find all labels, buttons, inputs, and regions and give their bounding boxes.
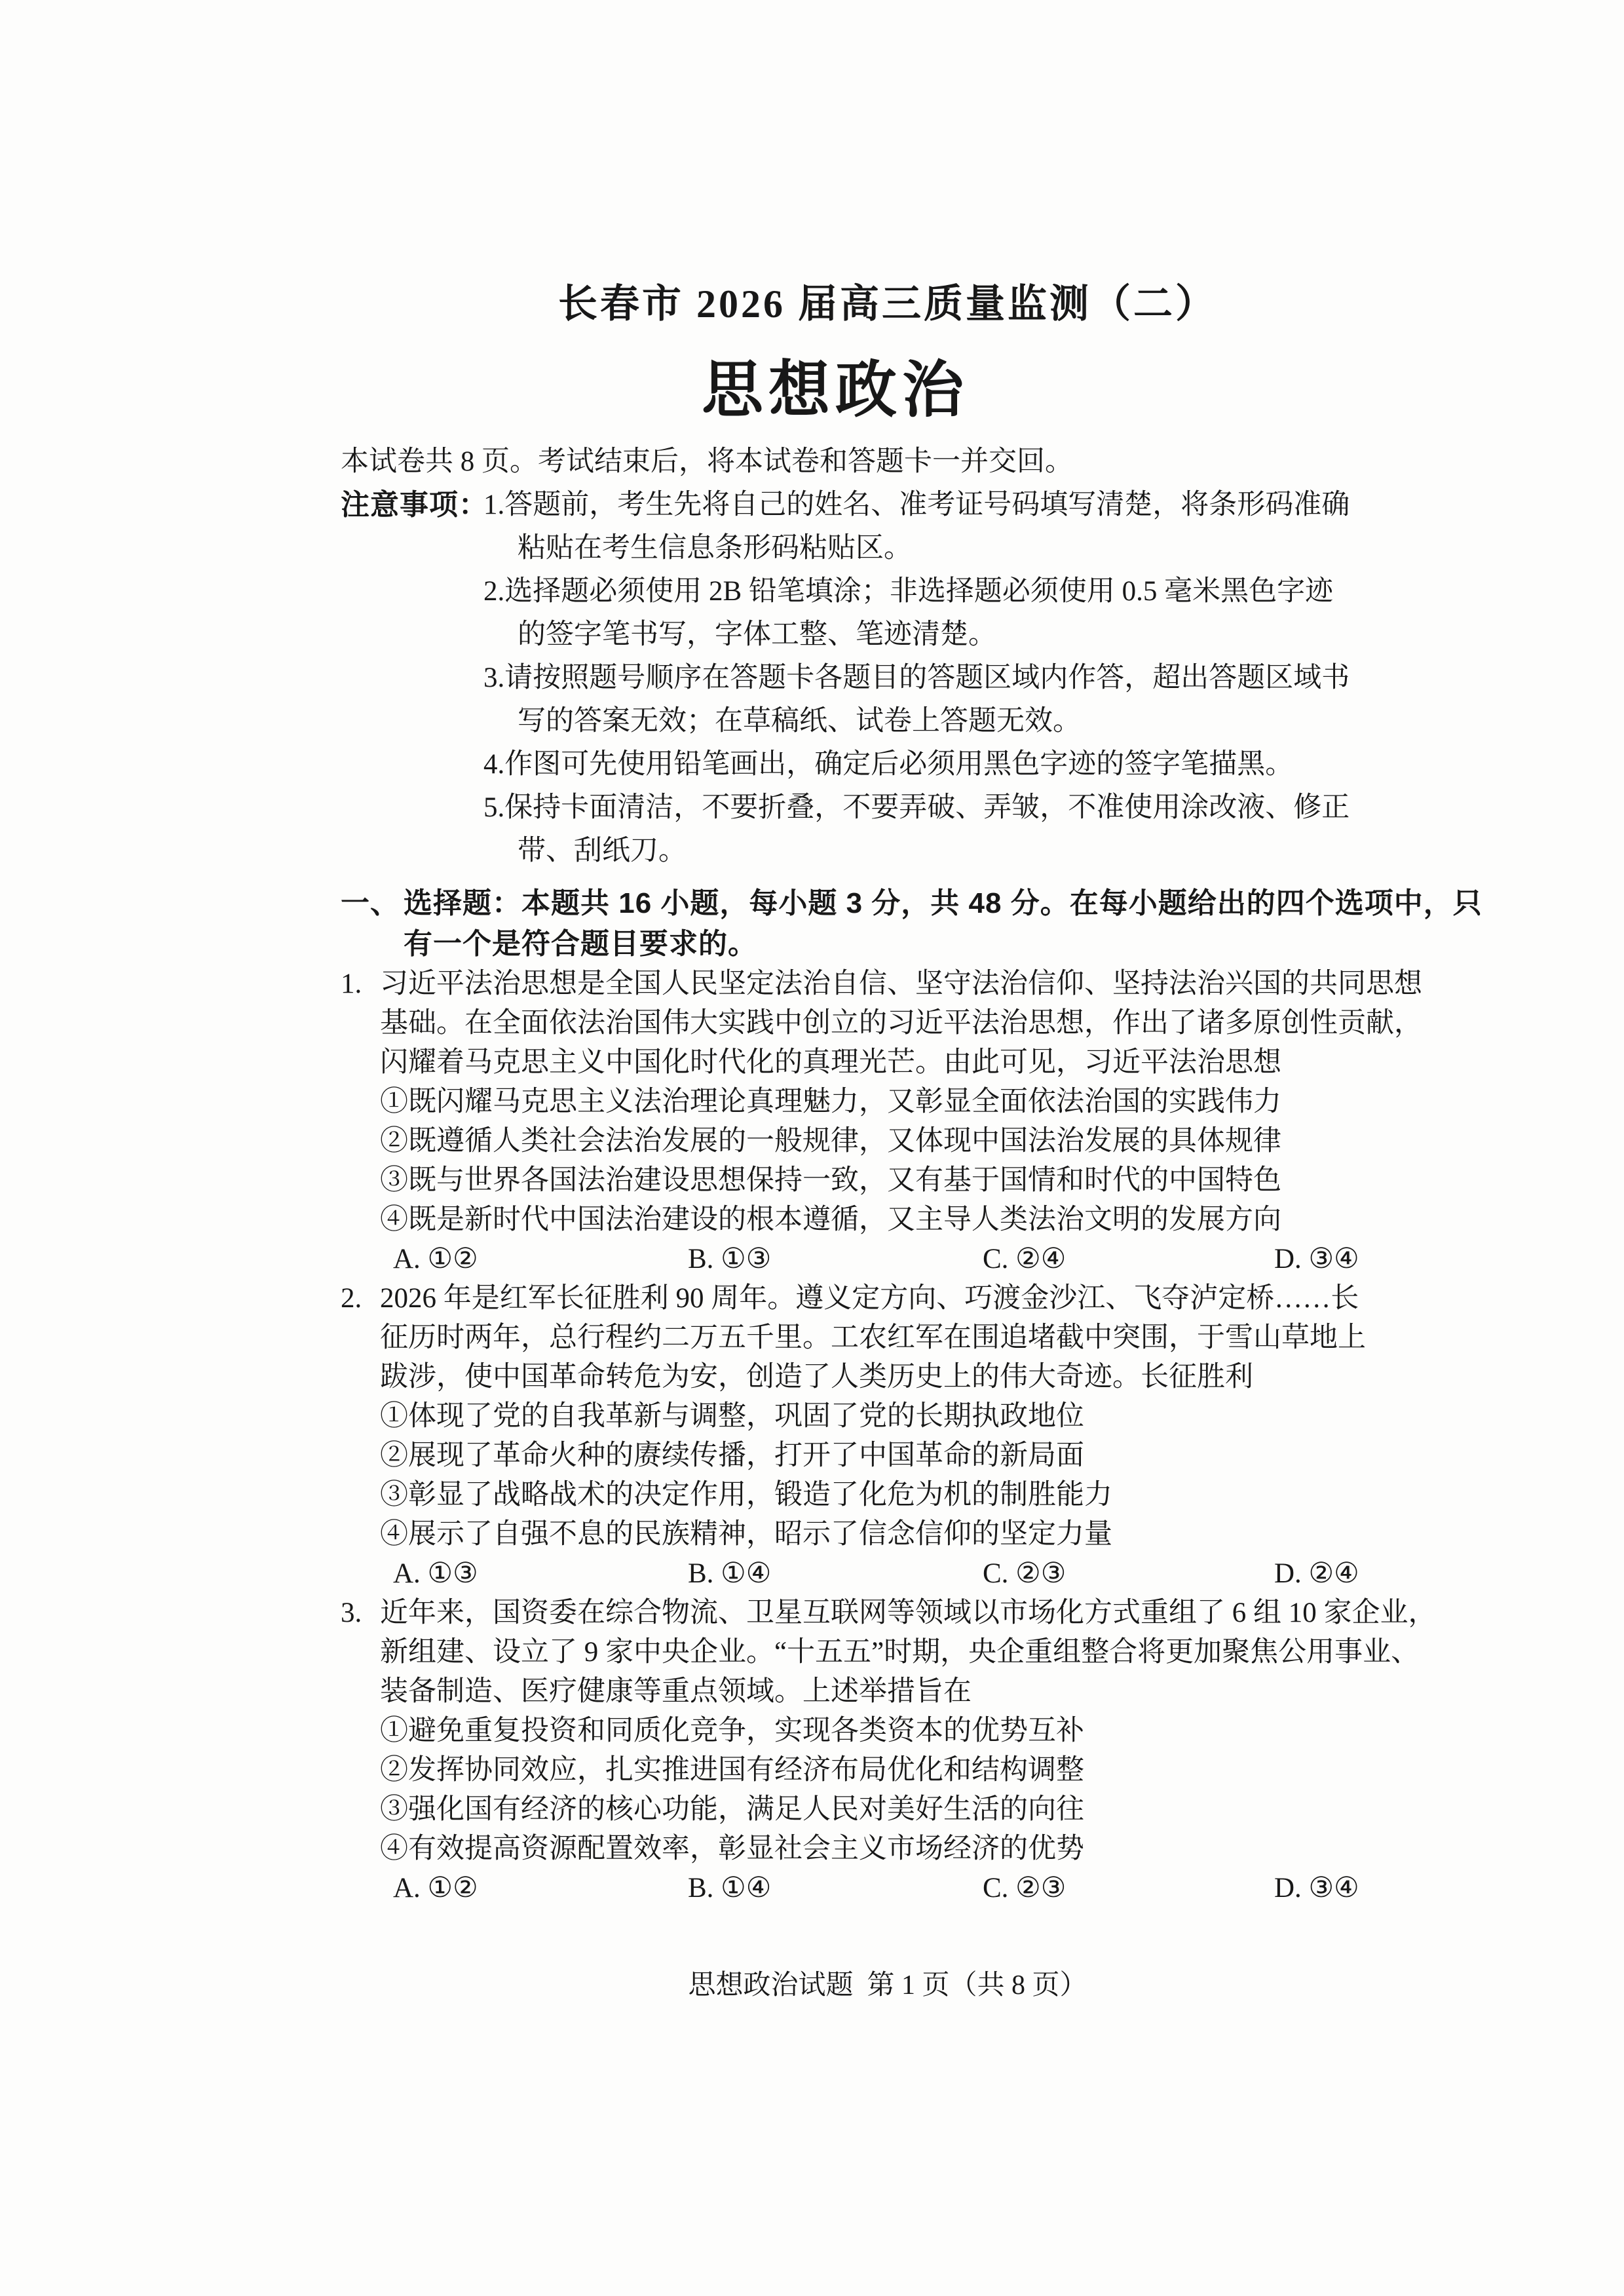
answer-option: D. ③④ xyxy=(1274,1869,1359,1908)
notice-line: 粘贴在考生信息条形码粘贴区。 xyxy=(483,527,1435,570)
question-stem-line: 跋涉，使中国革命转危为安，创造了人类历史上的伟大奇迹。长征胜利 xyxy=(380,1358,1435,1397)
section-heading-line: 有一个是符合题目要求的。 xyxy=(404,924,1435,965)
notice-line: 5.保持卡面清洁，不要折叠，不要弄破、弄皱，不准使用涂改液、修正 xyxy=(483,786,1435,830)
question-stem-line: 征历时两年，总行程约二万五千里。工农红军在围追堵截中突围，于雪山草地上 xyxy=(380,1318,1435,1358)
question: 2.2026 年是红军长征胜利 90 周年。遵义定方向、巧渡金沙江、飞夺泸定桥…… xyxy=(341,1279,1435,1594)
page-footer: 思想政治试题 第 1 页（共 8 页） xyxy=(341,1966,1435,2005)
notice-line: 写的答案无效；在草稿纸、试卷上答题无效。 xyxy=(483,700,1435,743)
answer-option: B. ①③ xyxy=(688,1240,771,1279)
answer-option: B. ①④ xyxy=(688,1554,771,1594)
question: 1.习近平法治思想是全国人民坚定法治自信、坚守法治信仰、坚持法治兴国的共同思想基… xyxy=(341,965,1435,1279)
notice-item: 4.作图可先使用铅笔画出，确定后必须用黑色字迹的签字笔描黑。 xyxy=(483,743,1435,786)
answer-option: A. ①② xyxy=(393,1869,478,1908)
question-stem-line: ②展现了革命火种的赓续传播，打开了中国革命的新局面 xyxy=(380,1436,1435,1476)
question-stem-line: 装备制造、医疗健康等重点领域。上述举措旨在 xyxy=(380,1672,1435,1712)
question-stem-line: 近年来，国资委在综合物流、卫星互联网等领域以市场化方式重组了 6 组 10 家企… xyxy=(380,1594,1435,1633)
question-number: 3. xyxy=(341,1594,362,1633)
question-number: 2. xyxy=(341,1279,362,1318)
section-one-lines: 选择题：本题共 16 小题，每小题 3 分，共 48 分。在每小题给出的四个选项… xyxy=(404,883,1435,965)
question-stem-line: ④展示了自强不息的民族精神，昭示了信念信仰的坚定力量 xyxy=(380,1515,1435,1554)
question-stem-line: ①避免重复投资和同质化竞争，实现各类资本的优势互补 xyxy=(380,1712,1435,1751)
section-heading-line: 选择题：本题共 16 小题，每小题 3 分，共 48 分。在每小题给出的四个选项… xyxy=(404,883,1435,924)
answer-options-row: A. ①③B. ①④C. ②③D. ②④ xyxy=(380,1554,1435,1594)
question-stem-line: ②发挥协同效应，扎实推进国有经济布局优化和结构调整 xyxy=(380,1751,1435,1790)
question-stem-line: ③彰显了战略战术的决定作用，锻造了化危为机的制胜能力 xyxy=(380,1476,1435,1515)
answer-option: C. ②③ xyxy=(983,1554,1066,1594)
notice-line: 4.作图可先使用铅笔画出，确定后必须用黑色字迹的签字笔描黑。 xyxy=(483,743,1435,786)
question: 3.近年来，国资委在综合物流、卫星互联网等领域以市场化方式重组了 6 组 10 … xyxy=(341,1594,1435,1908)
notice-line: 的签字笔书写，字体工整、笔迹清楚。 xyxy=(483,613,1435,657)
notice-item: 3.请按照题号顺序在答题卡各题目的答题区域内作答，超出答题区域书写的答案无效；在… xyxy=(483,657,1435,743)
answer-option: A. ①③ xyxy=(393,1554,478,1594)
question-stem-line: ③强化国有经济的核心功能，满足人民对美好生活的向往 xyxy=(380,1790,1435,1829)
answer-option: D. ③④ xyxy=(1274,1240,1359,1279)
notice-item: 1.答题前，考生先将自己的姓名、准考证号码填写清楚，将条形码准确粘贴在考生信息条… xyxy=(483,484,1435,570)
notice-line: 1.答题前，考生先将自己的姓名、准考证号码填写清楚，将条形码准确 xyxy=(483,484,1435,527)
answer-options-row: A. ①②B. ①④C. ②③D. ③④ xyxy=(380,1869,1435,1908)
question-stem-line: 基础。在全面依法治国伟大实践中创立的习近平法治思想，作出了诸多原创性贡献， xyxy=(380,1004,1435,1043)
exam-title: 长春市 2026 届高三质量监测（二） xyxy=(341,282,1435,326)
answer-options-row: A. ①②B. ①③C. ②④D. ③④ xyxy=(380,1240,1435,1279)
question-stem-line: ③既与世界各国法治建设思想保持一致，又有基于国情和时代的中国特色 xyxy=(380,1161,1435,1200)
section-one-heading: 一、 选择题：本题共 16 小题，每小题 3 分，共 48 分。在每小题给出的四… xyxy=(341,883,1435,965)
question-stem-line: ①既闪耀马克思主义法治理论真理魅力，又彰显全面依法治国的实践伟力 xyxy=(380,1082,1435,1122)
question-number: 1. xyxy=(341,965,362,1004)
notice-section: 注意事项： 1.答题前，考生先将自己的姓名、准考证号码填写清楚，将条形码准确粘贴… xyxy=(341,484,1435,873)
question-stem-line: ②既遵循人类社会法治发展的一般规律，又体现中国法治发展的具体规律 xyxy=(380,1122,1435,1161)
question-list: 1.习近平法治思想是全国人民坚定法治自信、坚守法治信仰、坚持法治兴国的共同思想基… xyxy=(341,965,1435,1908)
notice-label: 注意事项： xyxy=(341,484,488,527)
notice-item: 5.保持卡面清洁，不要折叠，不要弄破、弄皱，不准使用涂改液、修正带、刮纸刀。 xyxy=(483,786,1435,873)
page-content: 长春市 2026 届高三质量监测（二） 思想政治 本试卷共 8 页。考试结束后，… xyxy=(341,0,1435,2005)
answer-option: D. ②④ xyxy=(1274,1554,1359,1594)
intro-line: 本试卷共 8 页。考试结束后，将本试卷和答题卡一并交回。 xyxy=(341,440,1435,484)
question-stem-line: 闪耀着马克思主义中国化时代化的真理光芒。由此可见，习近平法治思想 xyxy=(380,1043,1435,1082)
notice-line: 3.请按照题号顺序在答题卡各题目的答题区域内作答，超出答题区域书 xyxy=(483,657,1435,700)
answer-option: A. ①② xyxy=(393,1240,478,1279)
subject-title: 思想政治 xyxy=(236,356,1435,425)
question-stem-line: ①体现了党的自我革新与调整，巩固了党的长期执政地位 xyxy=(380,1397,1435,1436)
question-stem-line: ④有效提高资源配置效率，彰显社会主义市场经济的优势 xyxy=(380,1829,1435,1869)
exam-paper-page: 长春市 2026 届高三质量监测（二） 思想政治 本试卷共 8 页。考试结束后，… xyxy=(0,0,1624,2296)
notice-items: 1.答题前，考生先将自己的姓名、准考证号码填写清楚，将条形码准确粘贴在考生信息条… xyxy=(483,484,1435,873)
answer-option: B. ①④ xyxy=(688,1869,771,1908)
notice-line: 带、刮纸刀。 xyxy=(483,830,1435,873)
question-stem-line: ④既是新时代中国法治建设的根本遵循，又主导人类法治文明的发展方向 xyxy=(380,1200,1435,1240)
section-one-label: 一、 xyxy=(341,883,400,924)
answer-option: C. ②③ xyxy=(983,1869,1066,1908)
question-stem-line: 2026 年是红军长征胜利 90 周年。遵义定方向、巧渡金沙江、飞夺泸定桥……长 xyxy=(380,1279,1435,1318)
notice-line: 2.选择题必须使用 2B 铅笔填涂；非选择题必须使用 0.5 毫米黑色字迹 xyxy=(483,570,1435,613)
notice-item: 2.选择题必须使用 2B 铅笔填涂；非选择题必须使用 0.5 毫米黑色字迹的签字… xyxy=(483,570,1435,657)
question-stem-line: 习近平法治思想是全国人民坚定法治自信、坚守法治信仰、坚持法治兴国的共同思想 xyxy=(380,965,1435,1004)
question-stem-line: 新组建、设立了 9 家中央企业。“十五五”时期，央企重组整合将更加聚焦公用事业、 xyxy=(380,1633,1435,1672)
answer-option: C. ②④ xyxy=(983,1240,1066,1279)
